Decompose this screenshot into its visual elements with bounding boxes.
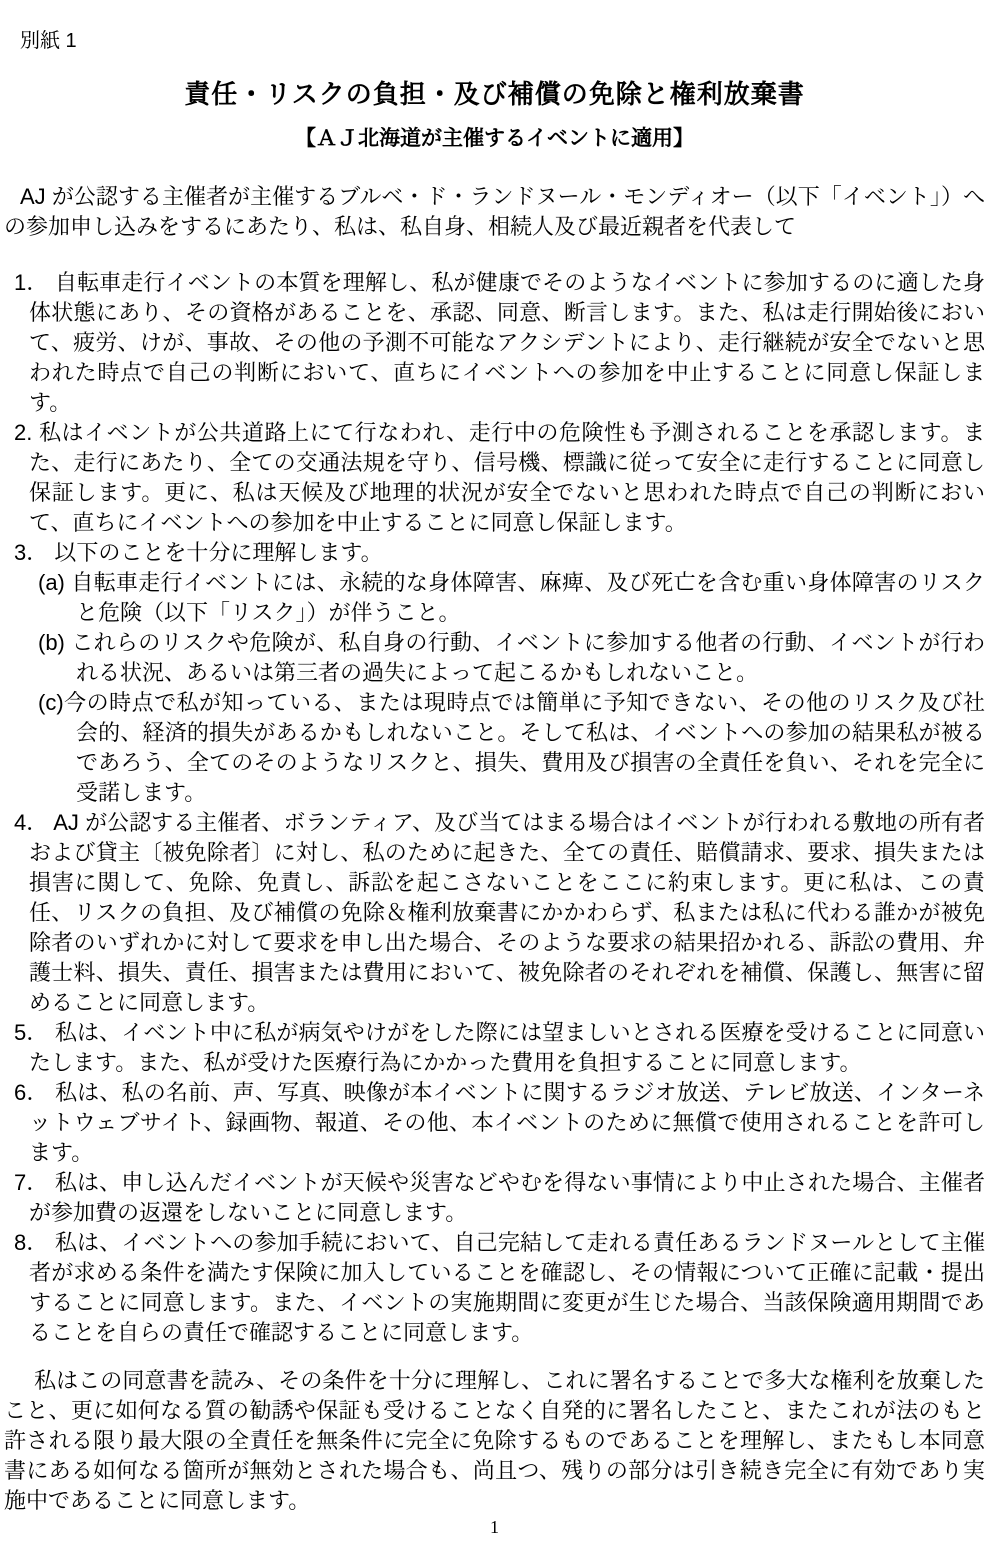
clause-text: 私はイベントが公共道路上にて行なわれ、走行中の危険性も予測されることを承認します… <box>29 420 985 535</box>
document-subtitle: 【ＡＪ北海道が主催するイベントに適用】 <box>4 124 985 154</box>
clause-item-6: 6． 私は、私の名前、声、写真、映像が本イベントに関するラジオ放送、テレビ放送、… <box>4 1078 985 1168</box>
clause-item-2: 2. 私はイベントが公共道路上にて行なわれ、走行中の危険性も予測されることを承認… <box>4 418 985 538</box>
clause-number: 1． <box>14 270 55 295</box>
clause-number: 7． <box>14 1170 55 1195</box>
clause-item-3: 3． 以下のことを十分に理解します。 <box>4 538 985 568</box>
clause-item-4: 4． AJ が公認する主催者、ボランティア、及び当てはまる場合はイベントが行われ… <box>4 808 985 1018</box>
clause-text: 自転車走行イベントの本質を理解し、私が健康でそのようなイベントに参加するのに適し… <box>29 270 985 415</box>
clause-number: 3． <box>14 540 54 565</box>
clause-subitem-a: (a) 自転車走行イベントには、永続的な身体障害、麻痺、及び死亡を含む重い身体障… <box>4 568 985 628</box>
subclause-label: (c) <box>38 690 64 715</box>
clause-subitem-b: (b) これらのリスクや危険が、私自身の行動、イベントに参加する他者の行動、イベ… <box>4 628 985 688</box>
intro-paragraph: AJ が公認する主催者が主催するブルベ・ド・ランドヌール・モンディオー（以下「イ… <box>4 182 985 242</box>
clause-item-7: 7． 私は、申し込んだイベントが天候や災害などやむを得ない事情により中止された場… <box>4 1168 985 1228</box>
subclause-label: (a) <box>38 570 71 595</box>
clause-number: 5． <box>14 1020 55 1045</box>
clause-number: 4． <box>14 810 53 835</box>
closing-paragraph: 私はこの同意書を読み、その条件を十分に理解し、これに署名することで多大な権利を放… <box>4 1366 985 1516</box>
clause-text: AJ が公認する主催者、ボランティア、及び当てはまる場合はイベントが行われる敷地… <box>29 810 985 1015</box>
document-page: { "doc": { "attachment_label": "別紙 1", "… <box>0 0 989 1554</box>
clause-text: 以下のことを十分に理解します。 <box>54 540 382 565</box>
subclause-text: 自転車走行イベントには、永続的な身体障害、麻痺、及び死亡を含む重い身体障害のリス… <box>71 570 985 625</box>
clause-number: 2. <box>14 420 39 445</box>
subclause-text: 今の時点で私が知っている、または現時点では簡単に予知できない、その他のリスク及び… <box>64 690 985 805</box>
clause-text: 私は、イベントへの参加手続において、自己完結して走れる責任あるランドヌールとして… <box>29 1230 985 1345</box>
clause-subitem-c: (c)今の時点で私が知っている、または現時点では簡単に予知できない、その他のリス… <box>4 688 985 808</box>
clause-text: 私は、イベント中に私が病気やけがをした際には望ましいとされる医療を受けることに同… <box>29 1020 985 1075</box>
page-number: 1 <box>0 1516 989 1538</box>
clause-text: 私は、申し込んだイベントが天候や災害などやむを得ない事情により中止された場合、主… <box>29 1170 985 1225</box>
clause-text: 私は、私の名前、声、写真、映像が本イベントに関するラジオ放送、テレビ放送、インタ… <box>29 1080 985 1165</box>
clause-item-5: 5． 私は、イベント中に私が病気やけがをした際には望ましいとされる医療を受けるこ… <box>4 1018 985 1078</box>
document-title: 責任・リスクの負担・及び補償の免除と権利放棄書 <box>4 76 985 112</box>
clause-item-1: 1． 自転車走行イベントの本質を理解し、私が健康でそのようなイベントに参加するの… <box>4 268 985 418</box>
clause-number: 8． <box>14 1230 55 1255</box>
subclause-text: これらのリスクや危険が、私自身の行動、イベントに参加する他者の行動、イベントが行… <box>71 630 985 685</box>
clause-number: 6． <box>14 1080 55 1105</box>
document-content: 別紙 1 責任・リスクの負担・及び補償の免除と権利放棄書 【ＡＪ北海道が主催する… <box>0 0 989 1516</box>
attachment-label: 別紙 1 <box>20 26 985 56</box>
clause-item-8: 8． 私は、イベントへの参加手続において、自己完結して走れる責任あるランドヌール… <box>4 1228 985 1348</box>
clause-list: 1． 自転車走行イベントの本質を理解し、私が健康でそのようなイベントに参加するの… <box>4 268 985 1348</box>
subclause-label: (b) <box>38 630 71 655</box>
